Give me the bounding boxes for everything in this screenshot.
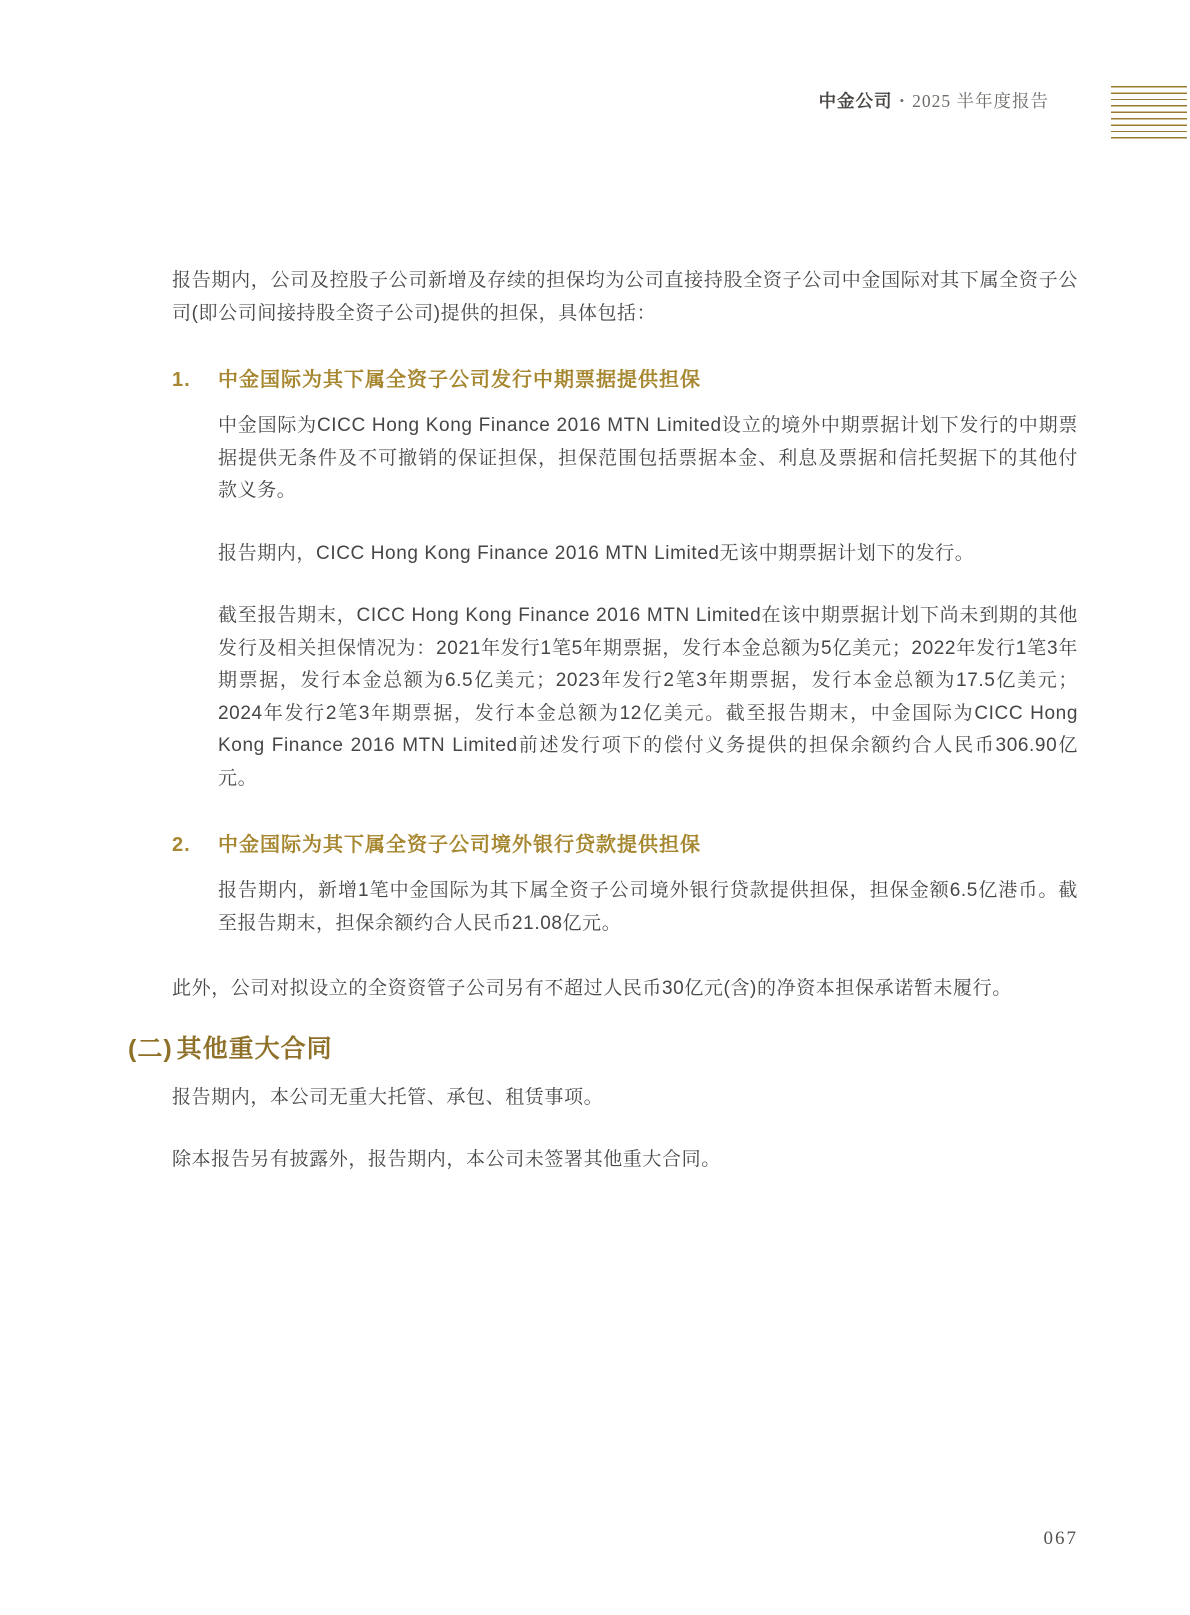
running-head: 中金公司•2025 半年度报告 <box>819 88 1049 113</box>
section-1-paragraph-2: 报告期内，CICC Hong Kong Finance 2016 MTN Lim… <box>218 538 1078 571</box>
section-2-heading: 2. 中金国际为其下属全资子公司境外银行贷款提供担保 <box>172 831 1078 859</box>
section-2-title: 中金国际为其下属全资子公司境外银行贷款提供担保 <box>218 831 701 859</box>
subsection-heading: (二) 其他重大合同 <box>128 1032 1078 1066</box>
section-1-paragraph-1: 中金国际为CICC Hong Kong Finance 2016 MTN Lim… <box>218 410 1078 508</box>
separator-dot-icon: • <box>900 93 906 108</box>
page-header: 中金公司•2025 半年度报告 <box>819 86 1187 139</box>
page-number: 067 <box>1044 1528 1079 1550</box>
section-1-paragraph-3: 截至报告期末，CICC Hong Kong Finance 2016 MTN L… <box>218 600 1078 795</box>
subsection-paragraph-2: 除本报告另有披露外，报告期内，本公司未签署其他重大合同。 <box>172 1144 1078 1177</box>
section-1-number: 1. <box>172 366 218 394</box>
page-content: 报告期内，公司及控股子公司新增及存续的担保均为公司直接持股全资子公司中金国际对其… <box>172 265 1078 1177</box>
section-1-heading: 1. 中金国际为其下属全资子公司发行中期票据提供担保 <box>172 366 1078 394</box>
section-2-bank-loan-guarantee: 2. 中金国际为其下属全资子公司境外银行贷款提供担保 报告期内，新增1笔中金国际… <box>172 831 1078 940</box>
report-title: 2025 半年度报告 <box>912 91 1049 111</box>
subsection-paragraph-1: 报告期内，本公司无重大托管、承包、租赁事项。 <box>172 1082 1078 1115</box>
gold-stripes-logo-icon <box>1111 86 1187 139</box>
section-2-body: 报告期内，新增1笔中金国际为其下属全资子公司境外银行贷款提供担保，担保金额6.5… <box>218 875 1078 940</box>
intro-paragraph: 报告期内，公司及控股子公司新增及存续的担保均为公司直接持股全资子公司中金国际对其… <box>172 265 1078 330</box>
section-1-title: 中金国际为其下属全资子公司发行中期票据提供担保 <box>218 366 701 394</box>
section-1-body: 中金国际为CICC Hong Kong Finance 2016 MTN Lim… <box>218 410 1078 795</box>
report-page: 中金公司•2025 半年度报告 报告期内，公司及控股子公司新增及存续的担保均为公… <box>0 0 1190 1615</box>
closing-paragraph: 此外，公司对拟设立的全资资管子公司另有不超过人民币30亿元(含)的净资本担保承诺… <box>172 973 1078 1006</box>
company-name: 中金公司 <box>819 91 893 111</box>
section-1-mtn-guarantee: 1. 中金国际为其下属全资子公司发行中期票据提供担保 中金国际为CICC Hon… <box>172 366 1078 795</box>
section-2-paragraph-1: 报告期内，新增1笔中金国际为其下属全资子公司境外银行贷款提供担保，担保金额6.5… <box>218 875 1078 940</box>
section-2-number: 2. <box>172 831 218 859</box>
subsection-title: 其他重大合同 <box>177 1032 333 1066</box>
subsection-marker: (二) <box>128 1032 173 1066</box>
subsection-body: 报告期内，本公司无重大托管、承包、租赁事项。 除本报告另有披露外，报告期内，本公… <box>172 1082 1078 1177</box>
